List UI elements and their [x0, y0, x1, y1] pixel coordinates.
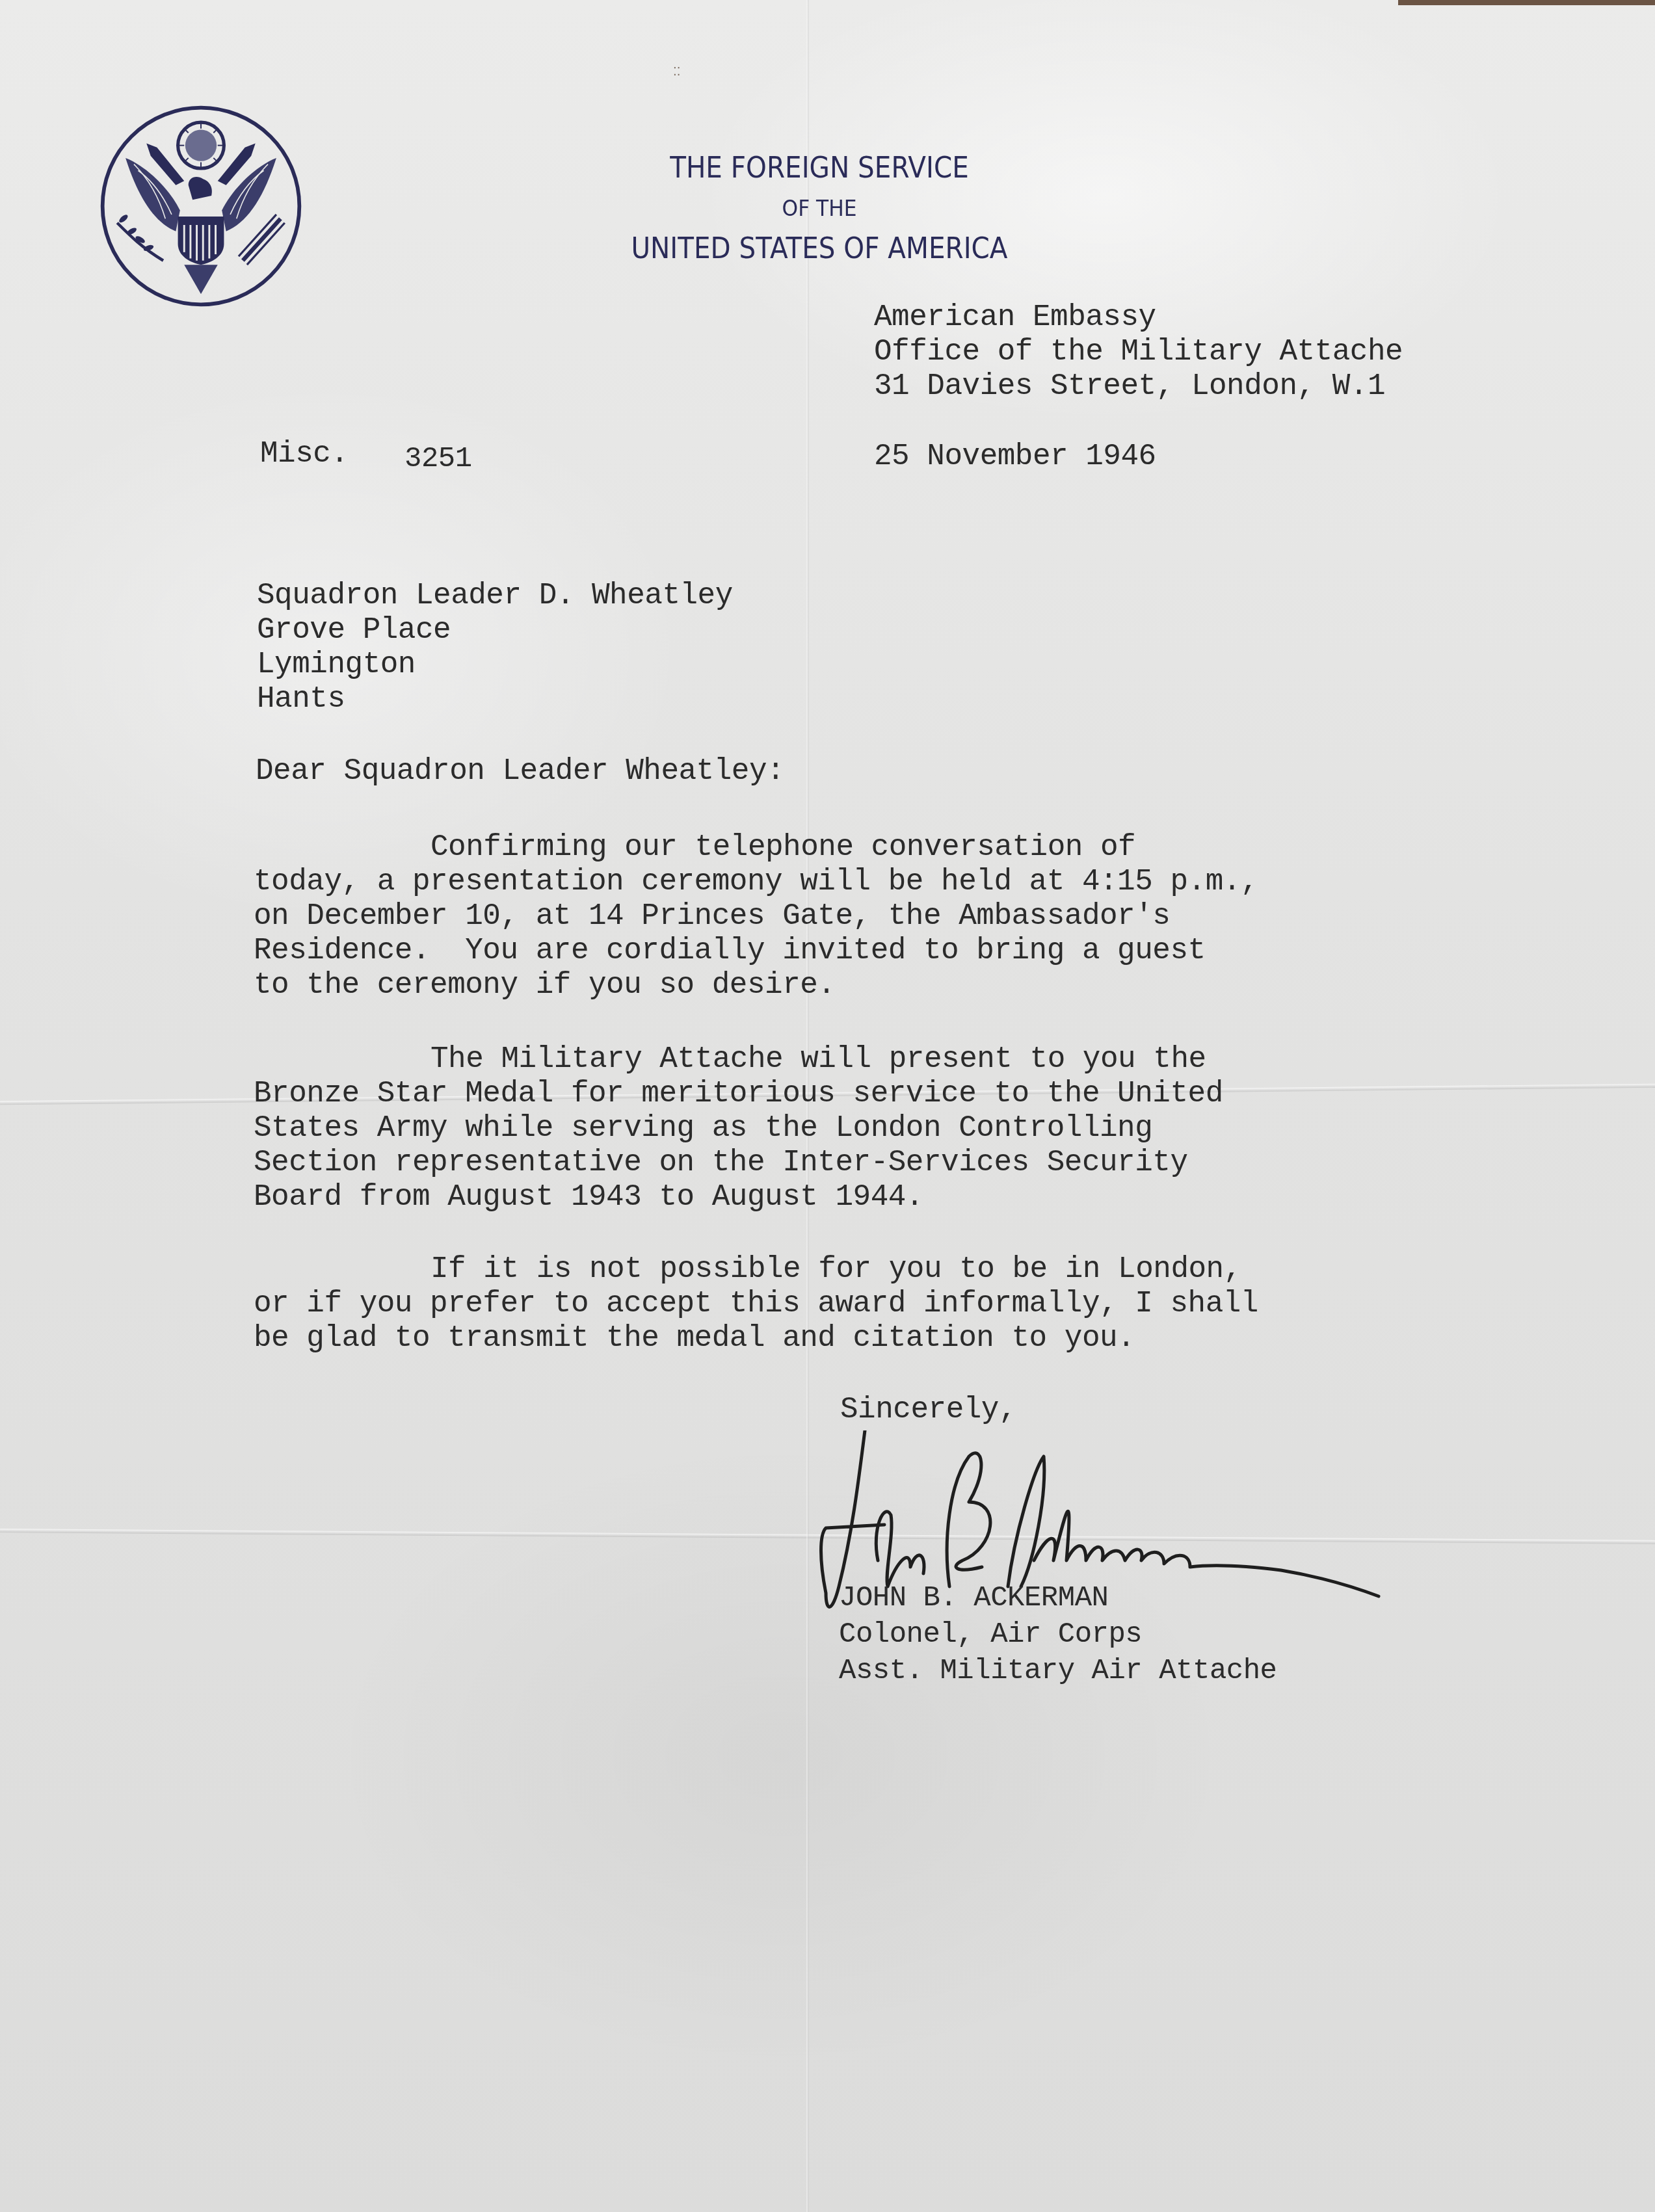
body-line: Confirming our telephone conversation of [254, 830, 1258, 865]
body-paragraph-2: The Military Attache will present to you… [254, 1042, 1223, 1215]
body-line: If it is not possible for you to be in L… [254, 1252, 1258, 1287]
letterhead-line-3: UNITED STATES OF AMERICA [592, 229, 1046, 269]
sender-line-3: 31 Davies Street, London, W.1 [874, 369, 1403, 404]
signer-title: Asst. Military Air Attache [839, 1653, 1277, 1689]
letterhead-line-1: THE FOREIGN SERVICE [592, 148, 1046, 189]
body-line: be glad to transmit the medal and citati… [254, 1321, 1258, 1356]
body-line: to the ceremony if you so desire. [254, 968, 1258, 1003]
body-line: Section representative on the Inter-Serv… [254, 1146, 1223, 1180]
body-line: Bronze Star Medal for meritorious servic… [254, 1077, 1223, 1111]
sender-line-1: American Embassy [874, 300, 1403, 335]
body-line: or if you prefer to accept this award in… [254, 1287, 1258, 1321]
body-line: today, a presentation ceremony will be h… [254, 865, 1258, 899]
reference-label: Misc. [260, 437, 349, 471]
signer-rank: Colonel, Air Corps [839, 1616, 1277, 1653]
signer-name: JOHN B. ACKERMAN [839, 1580, 1277, 1616]
body-line: on December 10, at 14 Princes Gate, the … [254, 899, 1258, 934]
table-edge [1398, 0, 1655, 5]
body-line: Residence. You are cordially invited to … [254, 934, 1258, 968]
reference: Misc.3251 [260, 437, 349, 471]
recipient-address: Squadron Leader D. WheatleyGrove PlaceLy… [257, 579, 733, 717]
body-paragraph-3: If it is not possible for you to be in L… [254, 1252, 1258, 1356]
body-line: Board from August 1943 to August 1944. [254, 1180, 1223, 1215]
salutation: Dear Squadron Leader Wheatley: [256, 754, 784, 789]
recipient-line-4: Hants [257, 682, 733, 717]
reference-number: 3251 [404, 442, 472, 477]
letter-page: ⁚⁚ [0, 0, 1655, 2212]
sender-line-2: Office of the Military Attache [874, 335, 1403, 369]
recipient-line-2: Grove Place [257, 613, 733, 648]
letterhead-line-2: OF THE [592, 189, 1046, 229]
recipient-line-3: Lymington [257, 648, 733, 682]
closing: Sincerely, [840, 1393, 1016, 1427]
great-seal-eagle-icon [96, 101, 306, 311]
signature-block: JOHN B. ACKERMANColonel, Air CorpsAsst. … [839, 1580, 1277, 1689]
letterhead: THE FOREIGN SERVICE OF THE UNITED STATES… [572, 148, 1066, 269]
letter-date: 25 November 1946 [874, 440, 1156, 474]
body-line: States Army while serving as the London … [254, 1111, 1223, 1146]
body-paragraph-1: Confirming our telephone conversation of… [254, 830, 1258, 1003]
body-line: The Military Attache will present to you… [254, 1042, 1223, 1077]
recipient-line-1: Squadron Leader D. Wheatley [257, 579, 733, 613]
staple-marks: ⁚⁚ [673, 65, 699, 78]
sender-address: American EmbassyOffice of the Military A… [874, 300, 1403, 404]
